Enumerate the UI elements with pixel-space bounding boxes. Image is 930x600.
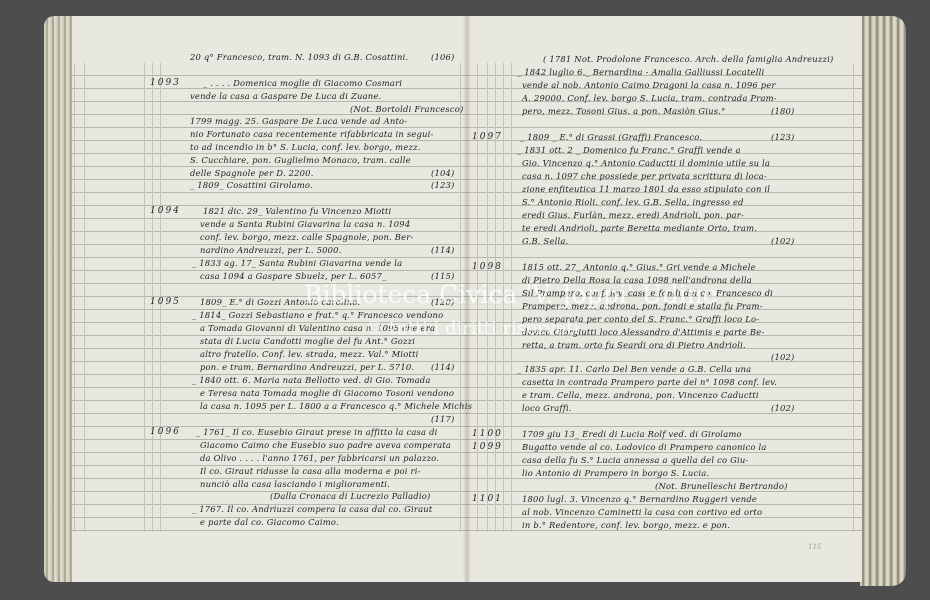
entry-line: a Tomada Giovanni di Valentino casa n. 1… [200, 322, 435, 334]
entry-line: _ 1767. Il co. Andriuzzi compera la casa… [192, 503, 432, 515]
entry-line: S. Cucchiare, pon. Guglielmo Monaco, tra… [190, 154, 411, 166]
entry-line: S.° Antonio Rioli. conf. lev. G.B. Sella… [522, 196, 744, 208]
entry-line: _ 1835 apr. 11. Carlo Del Ben vende a G.… [517, 363, 751, 375]
entry-line: dovico Giorgiutti loco Alessandro d'Atti… [522, 326, 764, 338]
entry-line: A. 29000. Conf. lev. borgo S. Lucia, tra… [522, 92, 777, 104]
reference-number: (115) [431, 270, 455, 282]
entry-line: stata di Lucia Candotti moglie del fu An… [200, 335, 415, 347]
column-line [144, 63, 145, 532]
house-number: 1093 [150, 78, 181, 88]
entry-line: vende la casa a Gaspare De Luca di Zuane… [190, 90, 381, 102]
entry-line: ( 1781 Not. Prodolone Francesco. Arch. d… [543, 53, 833, 65]
ledger-book: 20 q° Francesco, tram. N. 1093 di G.B. C… [0, 0, 930, 600]
entry-line: nardino Andreuzzi, per L. 5000. [200, 244, 342, 256]
reference-number: (117) [431, 413, 455, 425]
entry-line: la casa n. 1095 per L. 1800 a a Francesc… [200, 400, 472, 412]
entry-line: 1800 lugl. 3. Vincenzo q.° Bernardino Ru… [522, 493, 757, 505]
entry-line: 1799 magg. 25. Gaspare De Luca vende ad … [190, 115, 407, 127]
entry-line: nunciò alla casa lasciando i miglioramen… [200, 478, 390, 490]
entry-line: _ 1814_ Gozzi Sebastiano e frat.° q.° Fr… [192, 309, 443, 321]
margin-line [853, 63, 854, 532]
entry-line: pero, mezz. Tosoni Gius. a pon. Masiòn G… [522, 105, 726, 117]
entry-line: nio Fortunato casa recentemente rifabbri… [190, 128, 434, 140]
entry-line: pero separata per conto del S. Franc.° G… [522, 313, 759, 325]
entry-line: zione enfiteutica 11 marzo 1801 da esso … [522, 183, 770, 195]
book-page-edges-right [860, 16, 906, 586]
house-number: 1095 [150, 297, 181, 307]
entry-line: _ . . . . Domenica moglie di Giacomo Cos… [203, 77, 402, 89]
entry-line: 1821 dic. 29_ Valentino fu Vincenzo Miot… [203, 205, 391, 217]
reference-number: (102) [771, 351, 795, 363]
entry-line: vende al nob. Antonio Caimo Dragoni la c… [522, 79, 776, 91]
entry-line: loco Graffi. [522, 402, 572, 414]
entry-line: _ 1840 ott. 6. Maria nata Bellotto ved. … [192, 374, 431, 386]
column-line [503, 63, 504, 532]
entry-line: conf. lev. borgo, mezz. calle Spagnole, … [200, 231, 414, 243]
entry-line: _ 1809_ Cosattini Girolamo. [190, 179, 313, 191]
entry-line: _ 1761_ Il co. Eusebio Giraut prese in a… [196, 426, 438, 438]
reference-number: (114) [431, 244, 455, 256]
house-number: 1094 [150, 206, 181, 216]
margin-line [84, 63, 85, 532]
entry-line: casa n. 1097 che possiede per privata sc… [522, 170, 767, 182]
page-number: 115 [808, 543, 821, 551]
margin-line [74, 63, 75, 532]
entry-line: Bugatto vende al co. Lodovico di Pramper… [522, 441, 767, 453]
entry-line: (Not. Bortoldi Francesco) [350, 103, 463, 115]
reference-number: (102) [771, 235, 795, 247]
column-line [460, 63, 461, 532]
entry-line: te eredi Andrioli, parte Beretta mediant… [522, 222, 757, 234]
entry-line: 1809_ E.° di Gozzi Antonio carolino. [200, 296, 360, 308]
house-number: 1096 [150, 427, 181, 437]
entry-line: _ 1842 luglio 6._ Bernardina - Amalia Ga… [517, 66, 764, 78]
entry-line: retta, a tram. orto fu Seardi ora di Pie… [522, 339, 746, 351]
entry-line: delle Spagnole per D. 2200. [190, 167, 314, 179]
reference-number: (104) [431, 167, 455, 179]
entry-line: di Pietro Della Rosa la casa 1098 nell'a… [522, 274, 752, 286]
entry-line: in b.° Redentore, conf. lev. borgo, mezz… [522, 519, 730, 531]
entry-line: e Teresa nata Tomada moglie di Giacomo T… [200, 387, 454, 399]
reference-number: (106) [431, 51, 455, 63]
entry-line: (Dalla Cronaca di Lucrezio Palladio) [270, 490, 430, 502]
entry-line: pon. e tram. Bernardino Andreuzzi, per L… [200, 361, 414, 373]
column-line [511, 63, 512, 532]
entry-line: e tram. Cella, mezz. androna, pon. Vince… [522, 389, 759, 401]
entry-line: casa della fu S.° Lucia annessa a quella… [522, 454, 748, 466]
entry-line: Prampero, mezz. androna, pon. fondi e st… [522, 300, 763, 312]
reference-number: (120) [431, 296, 455, 308]
entry-line: _ 1831 ott. 2 _ Domenico fu Franc.° Graf… [517, 144, 741, 156]
house-number: 1097 [472, 132, 503, 142]
entry-line: G.B. Sella. [522, 235, 568, 247]
entry-line: altro fratello. Conf. lev. strada, mezz.… [200, 348, 419, 360]
entry-line: _ 1833 ag. 17_ Santa Rubini Giavarina ve… [192, 257, 402, 269]
house-number: 1100 [472, 429, 503, 439]
entry-line: _ 1809 _ E.° di Grassi (Graffi) Francesc… [520, 131, 702, 143]
entry-line: lio Antonio di Prampero in borgo S. Luci… [522, 467, 709, 479]
entry-line: (Not. Brunelleschi Bertrando) [655, 480, 788, 492]
entry-line: casa 1094 a Gaspare Sbuelz, per L. 6057_ [200, 270, 386, 282]
entry-line: eredi Gius. Furlàn, mezz. eredi Andrioli… [522, 209, 744, 221]
house-number: 1099 [472, 442, 503, 452]
reference-number: (123) [771, 131, 795, 143]
house-number: 1101 [472, 494, 503, 504]
entry-line: Sil Prampero. conf. lev. case e fondi de… [522, 287, 773, 299]
reference-number: (102) [771, 402, 795, 414]
entry-line: Il co. Giraut ridusse la casa alla moder… [200, 465, 421, 477]
house-number: 1098 [472, 262, 503, 272]
entry-line: da Olivo . . . . l'anno 1761, per fabbri… [200, 452, 439, 464]
entry-line: Giacomo Caimo che Eusebio suo padre avev… [200, 439, 451, 451]
entry-line: vende a Santa Rubini Giavarina la casa n… [200, 218, 410, 230]
entry-line: 20 q° Francesco, tram. N. 1093 di G.B. C… [190, 51, 408, 63]
entry-line: 1815 ott. 27_ Antonio q.° Gius.° Gri ven… [522, 261, 756, 273]
entry-line: e parte dal co. Giacomo Caimo. [200, 516, 339, 528]
reference-number: (123) [431, 179, 455, 191]
reference-number: (180) [771, 105, 795, 117]
book-gutter [463, 16, 471, 582]
entry-line: casetta in contrada Prampero parte del n… [522, 376, 777, 388]
entry-line: 1709 giu 13_ Eredi di Lucia Rolf ved. di… [522, 428, 742, 440]
reference-number: (114) [431, 361, 455, 373]
entry-line: al nob. Vincenzo Caminetti la casa con c… [522, 506, 762, 518]
book-page-edges-left [44, 16, 72, 582]
entry-line: Gio. Vincenzo q.° Antonio Caductti il do… [522, 157, 770, 169]
entry-line: to ad incendio in b° S. Lucia, conf. lev… [190, 141, 421, 153]
